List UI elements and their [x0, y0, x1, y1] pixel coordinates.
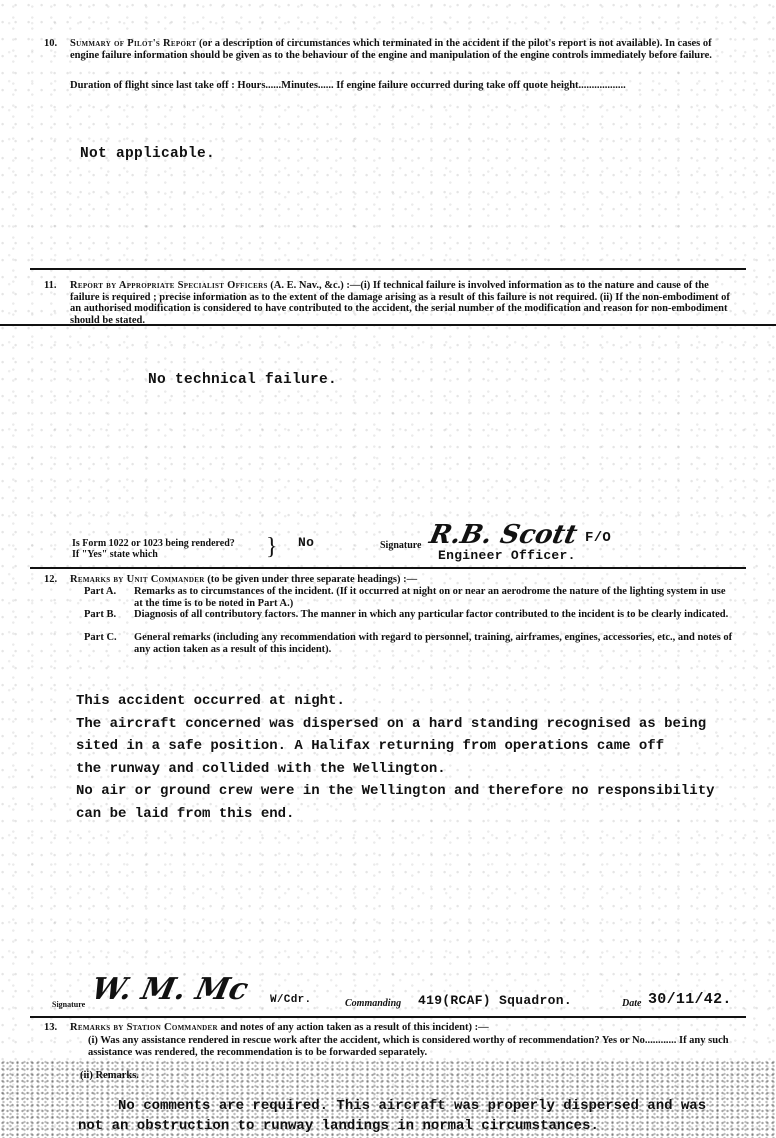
remark-line: sited in a safe position. A Halifax retu… — [76, 735, 715, 758]
form-question-1: Is Form 1022 or 1023 being rendered? — [72, 538, 235, 549]
engineer-signature: R.B. Scott — [427, 520, 580, 550]
section-13-heading: Remarks by Station Commander — [70, 1022, 218, 1033]
section-10-answer: Not applicable. — [80, 146, 215, 162]
section-13-item-2: (ii) Remarks. — [80, 1070, 736, 1082]
divider — [30, 567, 746, 569]
section-13-item-1: (i) Was any assistance rendered in rescu… — [88, 1035, 736, 1058]
unit-commander-signature: W. M. Mc — [88, 972, 251, 1007]
section-12-heading: Remarks by Unit Commander — [70, 574, 205, 585]
section-12: 12. Remarks by Unit Commander (to be giv… — [44, 574, 736, 586]
remark-line: No comments are required. This aircraft … — [118, 1096, 706, 1116]
remark-line: not an obstruction to runway landings in… — [78, 1116, 706, 1136]
divider — [30, 268, 746, 270]
part-c-label: Part C. — [84, 632, 117, 644]
section-13-subheading: and notes of any action taken as a resul… — [220, 1022, 488, 1033]
remark-line: the runway and collided with the Welling… — [76, 758, 715, 781]
report-date: 30/11/42. — [648, 991, 732, 1008]
commanding-unit: 419(RCAF) Squadron. — [418, 993, 572, 1008]
station-commander-remarks: No comments are required. This aircraft … — [118, 1096, 706, 1136]
brace: } — [266, 534, 278, 561]
remark-line: This accident occurred at night. — [76, 690, 715, 713]
form-answer: No — [298, 535, 314, 550]
section-12-subheading: (to be given under three separate headin… — [207, 574, 417, 585]
section-11-heading: Report by Appropriate Specialist Officer… — [70, 280, 268, 291]
part-c-text: General remarks (including any recommend… — [134, 632, 736, 655]
section-10-number: 10. — [44, 38, 57, 50]
section-13: 13. Remarks by Station Commander and not… — [44, 1022, 736, 1034]
commanding-label: Commanding — [345, 998, 401, 1009]
section-10: 10. Summary of Pilot's Report (or a desc… — [44, 38, 736, 61]
section-11: 11. Report by Appropriate Specialist Off… — [44, 280, 736, 326]
uc-rank: W/Cdr. — [270, 994, 311, 1006]
part-a-text: Remarks as to circumstances of the incid… — [134, 586, 736, 609]
divider — [0, 324, 776, 326]
date-label: Date — [622, 998, 641, 1009]
part-a: Part A. Remarks as to circumstances of t… — [84, 586, 736, 609]
uc-signature-label: Signature — [52, 1000, 85, 1009]
part-c: Part C. General remarks (including any r… — [84, 632, 736, 655]
section-11-number: 11. — [44, 280, 57, 292]
remark-line: The aircraft concerned was dispersed on … — [76, 713, 715, 736]
paper-texture — [0, 0, 776, 1138]
engineer-rank: F/O — [585, 530, 611, 546]
remark-line: No air or ground crew were in the Wellin… — [76, 780, 715, 803]
section-10-heading: Summary of Pilot's Report — [70, 38, 196, 49]
section-12-number: 12. — [44, 574, 57, 586]
form-question-2: If "Yes" state which — [72, 549, 158, 560]
part-b-label: Part B. — [84, 609, 116, 621]
part-a-label: Part A. — [84, 586, 116, 598]
remark-line: can be laid from this end. — [76, 803, 715, 826]
unit-commander-remarks: This accident occurred at night. The air… — [76, 690, 715, 825]
part-b-text: Diagnosis of all contributory factors. T… — [134, 609, 736, 621]
part-b: Part B. Diagnosis of all contributory fa… — [84, 609, 736, 621]
divider — [30, 1016, 746, 1018]
signature-label: Signature — [380, 540, 422, 551]
section-13-number: 13. — [44, 1022, 57, 1034]
section-11-answer: No technical failure. — [148, 372, 337, 388]
duration-line: Duration of flight since last take off :… — [70, 80, 736, 92]
engineer-title: Engineer Officer. — [438, 548, 576, 563]
